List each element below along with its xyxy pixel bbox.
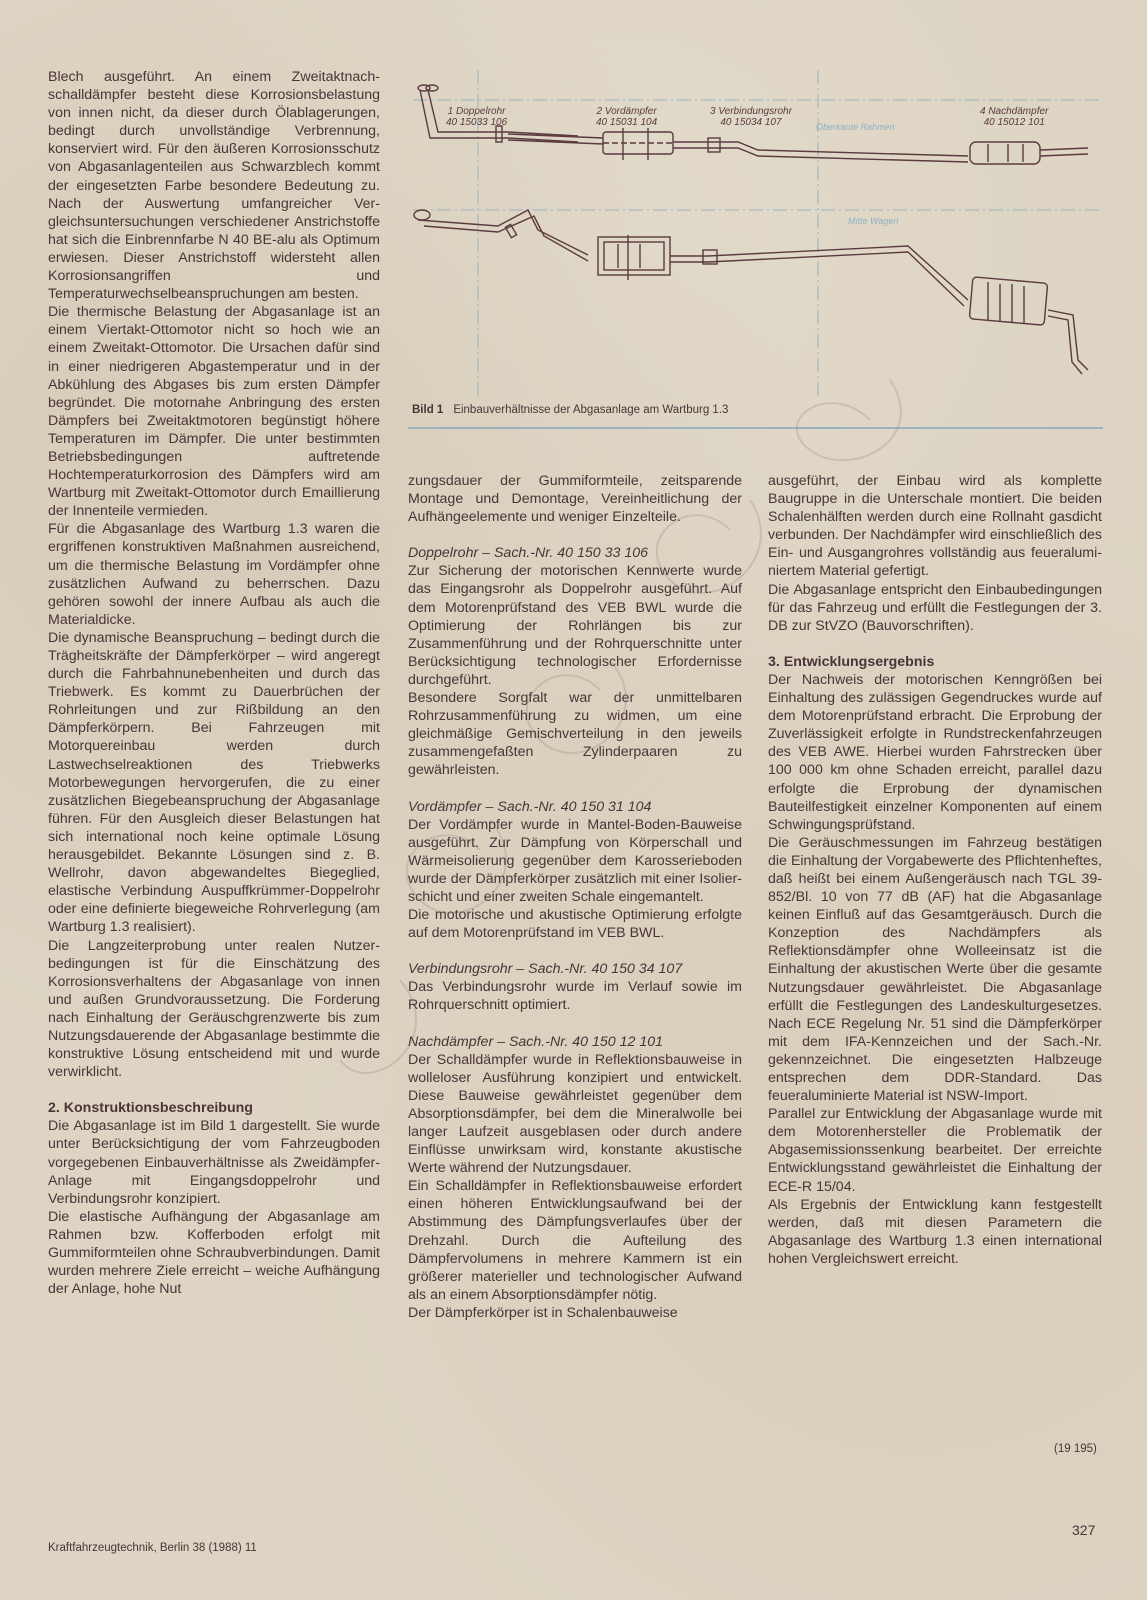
paragraph: Der Dämpferkörper ist in Schalenbauweise: [408, 1304, 742, 1322]
paragraph: Die Langzeiterprobung unter realen Nutze…: [48, 937, 380, 1082]
paragraph: Parallel zur Entwicklung der Abgasanlage…: [768, 1105, 1102, 1195]
section-heading: 2. Konstruktionsbeschreibung: [48, 1099, 380, 1117]
figure-label-verbindungsrohr: 3 Verbindungsrohr40 15034 107: [710, 106, 792, 128]
paragraph: Das Verbindungsrohr wurde im Verlauf so­…: [408, 978, 742, 1014]
paragraph: Die Abgasanlage ist im Bild 1 dargestell…: [48, 1117, 380, 1207]
paragraph: Als Ergebnis der Entwicklung kann festge…: [768, 1196, 1102, 1268]
caption-number: Bild 1: [412, 404, 443, 416]
page-number: 327: [1072, 1522, 1095, 1538]
paragraph: Blech ausgeführt. An einem Zweitaktnach­…: [48, 68, 380, 303]
reference-label-side: Mitte Wagen: [848, 216, 898, 226]
subheading: Vordämpfer – Sach.-Nr. 40 150 31 104: [408, 798, 742, 816]
journal-citation: Kraftfahrzeugtechnik, Berlin 38 (1988) 1…: [48, 1542, 257, 1554]
figure-label-doppelrohr: 1 Doppelrohr40 15033 106: [446, 106, 507, 128]
figure-divider: [408, 427, 1103, 429]
paragraph: Die Geräuschmessungen im Fahrzeug bestä­…: [768, 834, 1102, 1105]
subheading: Nachdämpfer – Sach.-Nr. 40 150 12 101: [408, 1033, 742, 1051]
paragraph: Die dynamische Beanspruchung – bedingt d…: [48, 629, 380, 937]
paragraph: Für die Abgasanlage des Wartburg 1.3 war…: [48, 520, 380, 629]
column-1: Blech ausgeführt. An einem Zweitaktnach­…: [48, 68, 380, 1298]
paragraph: Die thermische Belastung der Abgasanlage…: [48, 303, 380, 520]
figure-caption: Bild 1Einbauverhältnisse der Abgasanlage…: [412, 404, 728, 416]
column-3: ausgeführt, der Einbau wird als komplett…: [768, 472, 1102, 1268]
paragraph: Ein Schalldämpfer in Reflektionsbauweise…: [408, 1177, 742, 1304]
paragraph: Der Schalldämpfer wurde in Reflektionsba…: [408, 1051, 742, 1178]
figure-label-vordaempfer: 2 Vordämpfer40 15031 104: [596, 106, 657, 128]
paragraph: Die motorische und akustische Optimierun…: [408, 906, 742, 942]
figure-label-nachdaempfer: 4 Nachdämpfer40 15012 101: [980, 106, 1048, 128]
reference-label-top: Oberkante Rahmen: [816, 122, 895, 132]
subheading: Verbindungsrohr – Sach.-Nr. 40 150 34 10…: [408, 960, 742, 978]
paragraph: Der Vordämpfer wurde in Mantel-Boden-Bau…: [408, 816, 742, 906]
article-reference-number: (19 195): [1054, 1443, 1097, 1455]
paragraph: zungsdauer der Gummiformteile, zeitspa­r…: [408, 472, 742, 526]
paragraph: Zur Sicherung der motorischen Kennwerte …: [408, 562, 742, 689]
paragraph: ausgeführt, der Einbau wird als komplett…: [768, 472, 1102, 581]
figure-exhaust-system: 1 Doppelrohr40 15033 106 2 Vordämpfer40 …: [408, 70, 1103, 440]
caption-text: Einbauverhältnisse der Abgasanlage am Wa…: [453, 404, 728, 416]
paragraph: Die elastische Aufhängung der Abgasanlag…: [48, 1208, 380, 1298]
section-heading: 3. Entwicklungsergebnis: [768, 653, 1102, 671]
paragraph: Besondere Sorgfalt war der unmittelbaren…: [408, 689, 742, 779]
paragraph: Die Abgasanlage entspricht den Einbaube­…: [768, 581, 1102, 635]
paragraph: Der Nachweis der motorischen Kenngrößen …: [768, 671, 1102, 834]
subheading: Doppelrohr – Sach.-Nr. 40 150 33 106: [408, 544, 742, 562]
column-2: zungsdauer der Gummiformteile, zeitspa­r…: [408, 472, 742, 1322]
